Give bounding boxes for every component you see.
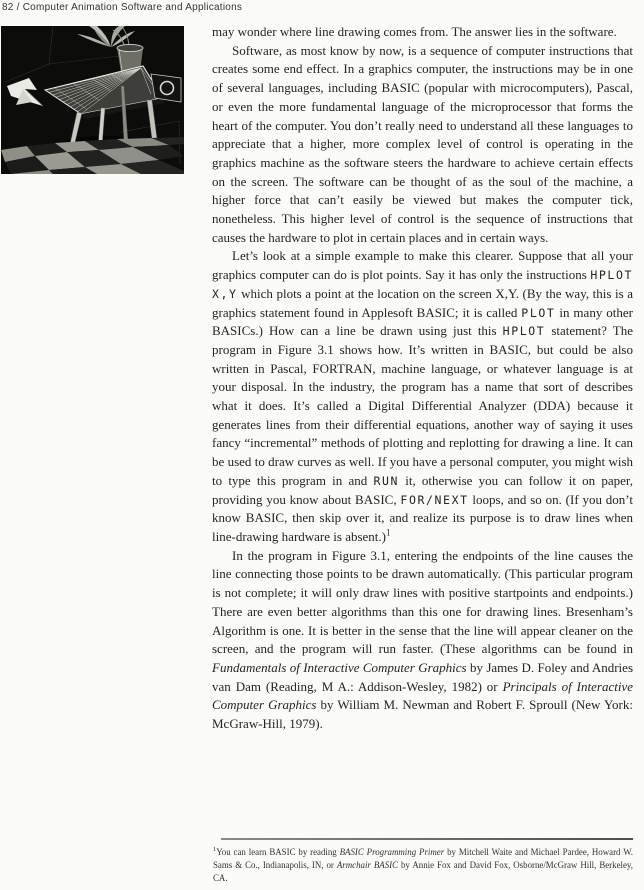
text-run-italic: Fundamentals of Interactive Computer Gra… [212,660,467,675]
text-run-code: HPLOT [503,324,546,338]
text-run: Let’s look at a simple example to make t… [212,248,633,282]
figure-photo [1,26,184,174]
text-run-sup: 1 [386,528,391,538]
text-run: statement? The program in Figure 3.1 sho… [212,323,633,488]
footnote: 1You can learn BASIC by reading BASIC Pr… [213,838,633,885]
text-run: Software, as most know by now, is a sequ… [212,43,633,245]
running-head: 82 / Computer Animation Software and App… [2,2,242,13]
paragraph: In the program in Figure 3.1, entering t… [212,547,633,734]
text-run-italic: Armchair BASIC [337,860,398,870]
text-run-code: FOR/NEXT [400,493,468,507]
text-run: may wonder where line drawing comes from… [212,24,617,39]
ring-panel [151,74,181,102]
paragraph: may wonder where line drawing comes from… [212,23,633,42]
text-run: In the program in Figure 3.1, entering t… [212,548,633,657]
text-run: You can learn BASIC by reading [216,847,339,857]
book-page: { "page": { "running_head": "82 / Comput… [0,0,644,890]
paragraph: Software, as most know by now, is a sequ… [212,42,633,248]
wireframe-table-graphic [1,26,184,174]
text-run-italic: BASIC Programming Primer [340,847,445,857]
text-run-code: RUN [373,474,399,488]
footnote-text: 1You can learn BASIC by reading BASIC Pr… [213,846,633,885]
body-column: may wonder where line drawing comes from… [212,23,633,836]
body-paragraphs: may wonder where line drawing comes from… [212,23,633,734]
footnote-rule [221,838,633,840]
text-run-code: PLOT [521,306,555,320]
paragraph: Let’s look at a simple example to make t… [212,247,633,546]
